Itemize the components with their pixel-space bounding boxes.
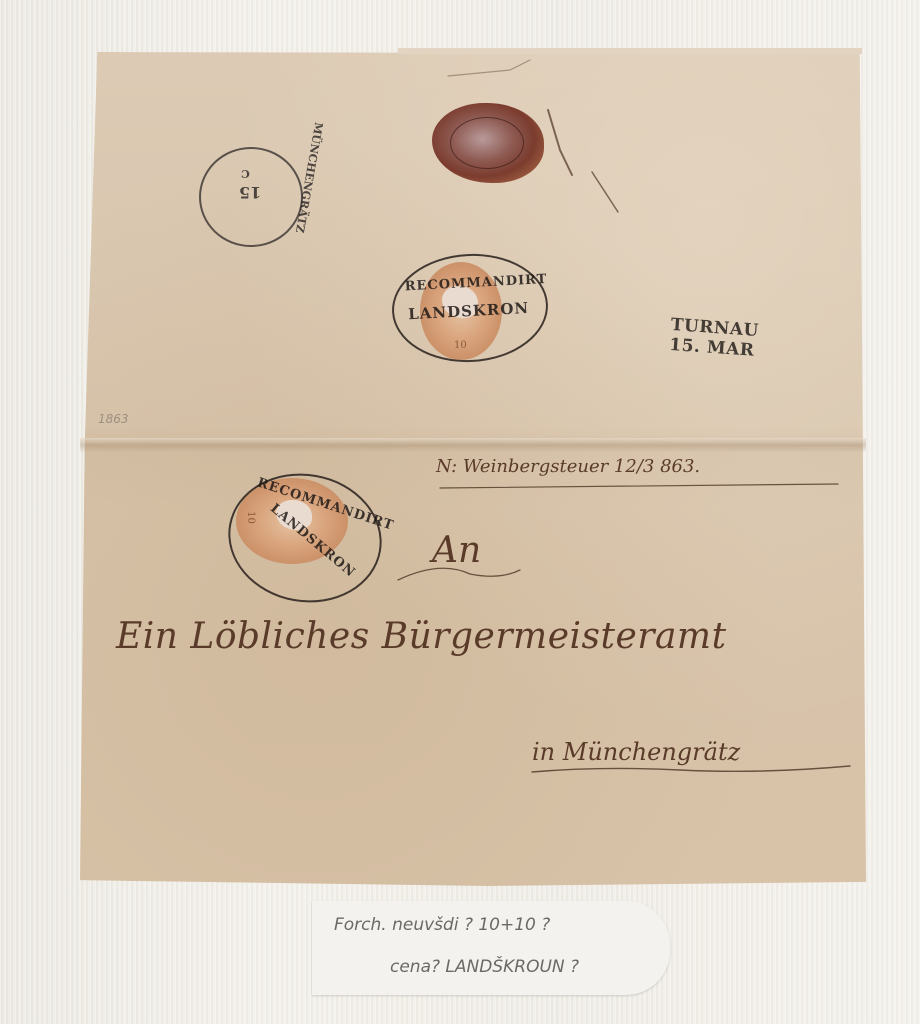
cancel-line1: RECOMMANDIRT (404, 272, 547, 294)
note-card: Forch. neuvšdi ? 10+10 ? cena? LANDŠKROU… (312, 901, 670, 995)
postmark-day: 15 (239, 183, 261, 202)
postmark-transit: TURNAU 15. MAR (669, 315, 760, 361)
note-line1: Forch. neuvšdi ? 10+10 ? (334, 915, 550, 935)
postmark-extra: C (241, 167, 250, 180)
cancel-line2: LANDSKRON (408, 299, 530, 323)
address-addressee: Ein Löbliches Bürgermeisteramt (116, 616, 727, 657)
note-line2: cena? LANDŠKROUN ? (390, 957, 579, 977)
docket-note: N: Weinbergsteuer 12/3 863. (436, 456, 700, 477)
address-an: An (432, 530, 481, 571)
seal-emblem-icon (450, 117, 524, 169)
address-destination: in Münchengrätz (532, 738, 740, 766)
postmark-circular: MÜNCHENGRÄTZ 15 C (199, 147, 303, 247)
pencil-note: 1863 (98, 412, 129, 426)
